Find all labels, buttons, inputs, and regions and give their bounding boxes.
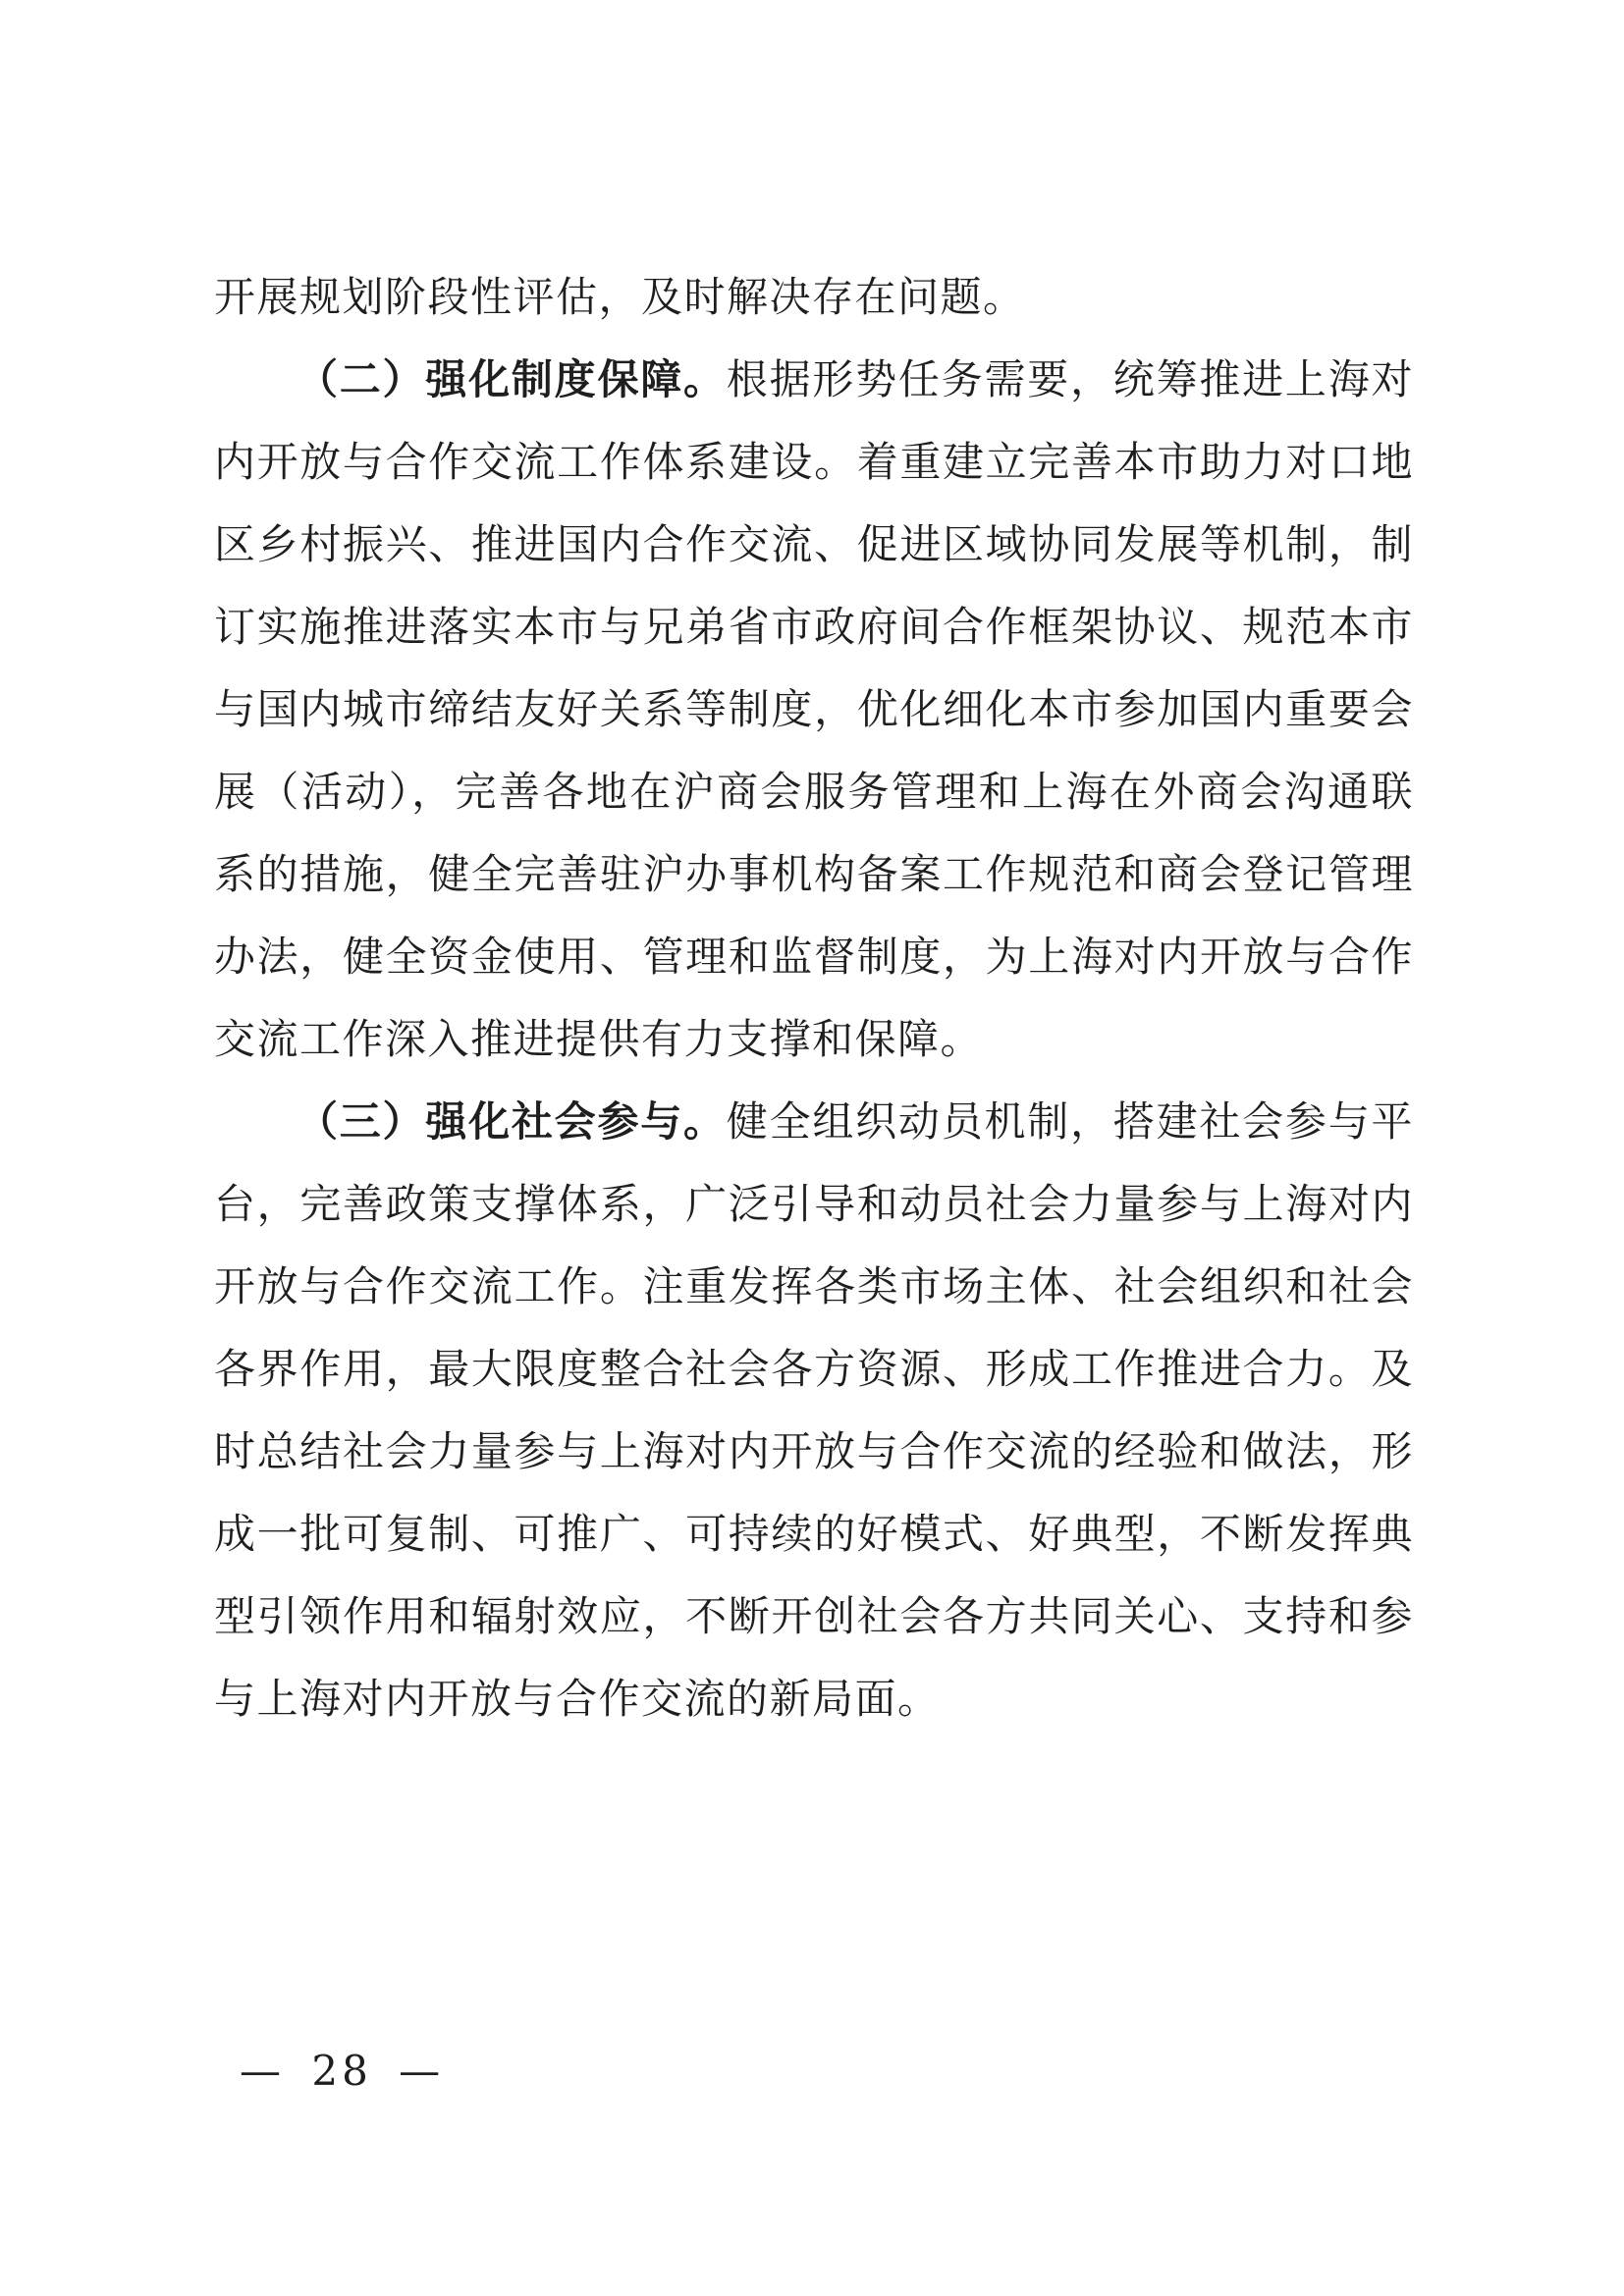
text-line: 型引领作用和辐射效应，不断开创社会各方共同关心、支持和参 — [214, 1575, 1414, 1658]
text-line: 与上海对内开放与合作交流的新局面。 — [214, 1658, 1414, 1740]
text-line: 开放与合作交流工作。注重发挥各类市场主体、社会组织和社会 — [214, 1246, 1414, 1328]
text-line: （二）强化制度保障。根据形势任务需要，统筹推进上海对 — [214, 339, 1414, 421]
document-page: 开展规划阶段性评估，及时解决存在问题。（二）强化制度保障。根据形势任务需要，统筹… — [0, 0, 1624, 2296]
paragraph-1-continuation: 开展规划阶段性评估，及时解决存在问题。 — [214, 256, 1414, 339]
text-line: 成一批可复制、可推广、可持续的好模式、好典型，不断发挥典 — [214, 1493, 1414, 1575]
text-line: 与国内城市缔结友好关系等制度，优化细化本市参加国内重要会 — [214, 668, 1414, 751]
text-line: 系的措施，健全完善驻沪办事机构备案工作规范和商会登记管理 — [214, 833, 1414, 916]
text-line: 展（活动），完善各地在沪商会服务管理和上海在外商会沟通联 — [214, 751, 1414, 833]
section-heading: （二）强化制度保障。 — [297, 355, 727, 403]
paragraph-2-institutional-guarantee: （二）强化制度保障。根据形势任务需要，统筹推进上海对内开放与合作交流工作体系建设… — [214, 339, 1414, 1081]
text-line: 内开放与合作交流工作体系建设。着重建立完善本市助力对口地 — [214, 421, 1414, 504]
page-number: — 28 — — [240, 2047, 444, 2095]
paragraph-3-social-participation: （三）强化社会参与。健全组织动员机制，搭建社会参与平台，完善政策支撑体系，广泛引… — [214, 1081, 1414, 1740]
line-text: 根据形势任务需要，统筹推进上海对 — [727, 355, 1414, 403]
text-line: （三）强化社会参与。健全组织动员机制，搭建社会参与平 — [214, 1081, 1414, 1163]
text-line: 台，完善政策支撑体系，广泛引导和动员社会力量参与上海对内 — [214, 1163, 1414, 1246]
section-heading: （三）强化社会参与。 — [297, 1097, 727, 1146]
text-line: 各界作用，最大限度整合社会各方资源、形成工作推进合力。及 — [214, 1328, 1414, 1411]
text-line: 区乡村振兴、推进国内合作交流、促进区域协同发展等机制，制 — [214, 504, 1414, 586]
line-text: 健全组织动员机制，搭建社会参与平 — [727, 1097, 1414, 1146]
document-body: 开展规划阶段性评估，及时解决存在问题。（二）强化制度保障。根据形势任务需要，统筹… — [214, 256, 1414, 1740]
text-line: 开展规划阶段性评估，及时解决存在问题。 — [214, 256, 1414, 339]
text-line: 交流工作深入推进提供有力支撑和保障。 — [214, 998, 1414, 1081]
page-footer: — 28 — — [240, 2048, 444, 2095]
text-line: 时总结社会力量参与上海对内开放与合作交流的经验和做法，形 — [214, 1411, 1414, 1493]
text-line: 办法，健全资金使用、管理和监督制度，为上海对内开放与合作 — [214, 916, 1414, 998]
text-line: 订实施推进落实本市与兄弟省市政府间合作框架协议、规范本市 — [214, 586, 1414, 668]
